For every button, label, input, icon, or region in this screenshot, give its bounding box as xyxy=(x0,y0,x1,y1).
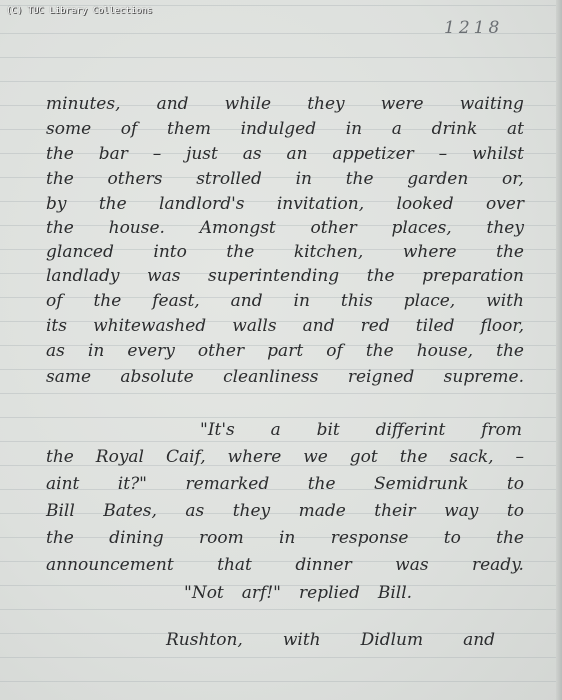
text-line: minutes,andwhiletheywerewaiting xyxy=(46,94,524,114)
word: ready. xyxy=(472,555,524,575)
word: of xyxy=(326,341,343,361)
word: to xyxy=(507,501,524,521)
manuscript-page: (C) TUC Library Collections 1218 minutes… xyxy=(0,0,562,700)
text-line: theRoyalCaif,wherewegotthesack,– xyxy=(46,447,524,467)
text-line: aintit?"remarkedtheSemidrunkto xyxy=(46,474,524,494)
word: same xyxy=(46,367,91,387)
word: in xyxy=(346,119,362,139)
word: the xyxy=(367,266,395,286)
word: as xyxy=(243,144,262,164)
word: Bates, xyxy=(103,501,157,521)
word: were xyxy=(381,94,424,114)
word: waiting xyxy=(460,94,524,114)
word: the xyxy=(400,447,428,467)
word: made xyxy=(299,501,346,521)
word: of xyxy=(121,119,138,139)
word: every xyxy=(127,341,174,361)
text-line: thebar–justasanappetizer–whilst xyxy=(46,144,524,164)
word: other xyxy=(311,218,357,238)
word: that xyxy=(217,555,252,575)
word: remarked xyxy=(185,474,269,494)
word: places, xyxy=(392,218,452,238)
word: or, xyxy=(502,169,524,189)
word: just xyxy=(186,144,218,164)
word: where xyxy=(403,242,457,262)
word: whilst xyxy=(472,144,524,164)
word: kitchen, xyxy=(294,242,363,262)
word: superintending xyxy=(208,266,339,286)
word: a xyxy=(271,420,281,440)
word: them xyxy=(167,119,211,139)
word: "It's xyxy=(200,420,235,440)
word: Semidrunk xyxy=(374,474,468,494)
word: indulged xyxy=(241,119,316,139)
word: floor, xyxy=(481,316,524,336)
word: in xyxy=(296,169,312,189)
word: tiled xyxy=(416,316,455,336)
word: aint xyxy=(46,474,79,494)
word: dinner xyxy=(295,555,351,575)
word: Bill xyxy=(46,501,75,521)
word: the xyxy=(99,194,127,214)
word: appetizer xyxy=(332,144,413,164)
word: in xyxy=(294,291,310,311)
word: the xyxy=(46,218,74,238)
word: and xyxy=(231,291,263,311)
text-line: bythelandlord'sinvitation,lookedover xyxy=(46,194,524,214)
word: they xyxy=(486,218,523,238)
text-line: "Notarf!"repliedBill. xyxy=(184,583,412,603)
word: the xyxy=(46,528,74,548)
word: and xyxy=(463,630,495,650)
word: – xyxy=(439,144,448,164)
word: to xyxy=(444,528,461,548)
word: was xyxy=(147,266,180,286)
word: the xyxy=(46,169,74,189)
word: bar xyxy=(99,144,128,164)
text-line: announcementthatdinnerwasready. xyxy=(46,555,524,575)
word: others xyxy=(108,169,163,189)
word: sack, xyxy=(449,447,493,467)
word: over xyxy=(486,194,524,214)
word: reigned xyxy=(348,367,414,387)
word: as xyxy=(46,341,65,361)
word: and xyxy=(157,94,189,114)
word: in xyxy=(88,341,104,361)
word: red xyxy=(361,316,390,336)
word: invitation, xyxy=(277,194,364,214)
word: supreme. xyxy=(444,367,524,387)
word: minutes, xyxy=(46,94,120,114)
text-line: glancedintothekitchen,wherethe xyxy=(46,242,524,262)
word: Didlum xyxy=(361,630,423,650)
word: some xyxy=(46,119,91,139)
word: differint xyxy=(376,420,446,440)
word: where xyxy=(228,447,282,467)
text-line: theothersstrolledinthegardenor, xyxy=(46,169,524,189)
page-number: 1218 xyxy=(444,18,503,38)
word: with xyxy=(486,291,524,311)
word: of xyxy=(46,291,63,311)
word: walls xyxy=(232,316,276,336)
word: Rushton, xyxy=(166,630,243,650)
text-line: Rushton,withDidlumand xyxy=(166,630,495,650)
word: Amongst xyxy=(200,218,276,238)
word: drink xyxy=(432,119,478,139)
word: – xyxy=(153,144,162,164)
text-line: landladywassuperintendingthepreparation xyxy=(46,266,524,286)
word: the xyxy=(346,169,374,189)
word: into xyxy=(153,242,186,262)
word: with xyxy=(283,630,321,650)
word: feast, xyxy=(152,291,199,311)
word: landlord's xyxy=(159,194,244,214)
text-line: sameabsolutecleanlinessreignedsupreme. xyxy=(46,367,524,387)
word: the xyxy=(93,291,121,311)
word: dining xyxy=(109,528,164,548)
word: announcement xyxy=(46,555,174,575)
word: its xyxy=(46,316,67,336)
text-line: someofthemindulgedinadrinkat xyxy=(46,119,524,139)
word: the xyxy=(366,341,394,361)
word: while xyxy=(225,94,271,114)
copyright-watermark: (C) TUC Library Collections xyxy=(6,6,152,16)
word: and xyxy=(303,316,335,336)
word: they xyxy=(307,94,344,114)
word: this xyxy=(341,291,373,311)
word: the xyxy=(46,144,74,164)
word: room xyxy=(199,528,244,548)
word: house, xyxy=(417,341,473,361)
word: part xyxy=(267,341,303,361)
word: house. xyxy=(109,218,165,238)
word: place, xyxy=(404,291,455,311)
word: glanced xyxy=(46,242,114,262)
word: response xyxy=(331,528,409,548)
word: the xyxy=(496,341,524,361)
word: the xyxy=(46,447,74,467)
word: as xyxy=(185,501,204,521)
word: other xyxy=(198,341,244,361)
text-line: itswhitewashedwallsandredtiledfloor, xyxy=(46,316,524,336)
word: "Not xyxy=(184,583,224,603)
word: their xyxy=(374,501,415,521)
word: cleanliness xyxy=(223,367,318,387)
word: it?" xyxy=(118,474,147,494)
word: Bill. xyxy=(378,583,412,603)
word: at xyxy=(507,119,524,139)
word: Caif, xyxy=(166,447,206,467)
word: got xyxy=(350,447,378,467)
word: the xyxy=(308,474,336,494)
word: the xyxy=(496,242,524,262)
word: whitewashed xyxy=(93,316,206,336)
word: looked xyxy=(396,194,453,214)
word: from xyxy=(481,420,522,440)
word: garden xyxy=(407,169,468,189)
word: – xyxy=(516,447,525,467)
text-line: asineveryotherpartofthehouse,the xyxy=(46,341,524,361)
word: a xyxy=(392,119,402,139)
word: bit xyxy=(317,420,340,440)
word: absolute xyxy=(120,367,193,387)
word: arf!" xyxy=(242,583,281,603)
text-line: ofthefeast,andinthisplace,with xyxy=(46,291,524,311)
word: the xyxy=(496,528,524,548)
word: to xyxy=(507,474,524,494)
word: the xyxy=(226,242,254,262)
word: way xyxy=(444,501,478,521)
word: replied xyxy=(299,583,360,603)
word: in xyxy=(279,528,295,548)
word: strolled xyxy=(196,169,262,189)
text-line: "It'sabitdifferintfrom xyxy=(200,420,522,440)
word: an xyxy=(286,144,307,164)
word: we xyxy=(303,447,328,467)
text-line: thediningroominresponsetothe xyxy=(46,528,524,548)
word: was xyxy=(395,555,428,575)
text-line: thehouse.Amongstotherplaces,they xyxy=(46,218,524,238)
word: they xyxy=(233,501,270,521)
word: landlady xyxy=(46,266,119,286)
word: Royal xyxy=(96,447,144,467)
word: by xyxy=(46,194,67,214)
text-line: BillBates,astheymadetheirwayto xyxy=(46,501,524,521)
word: preparation xyxy=(422,266,524,286)
